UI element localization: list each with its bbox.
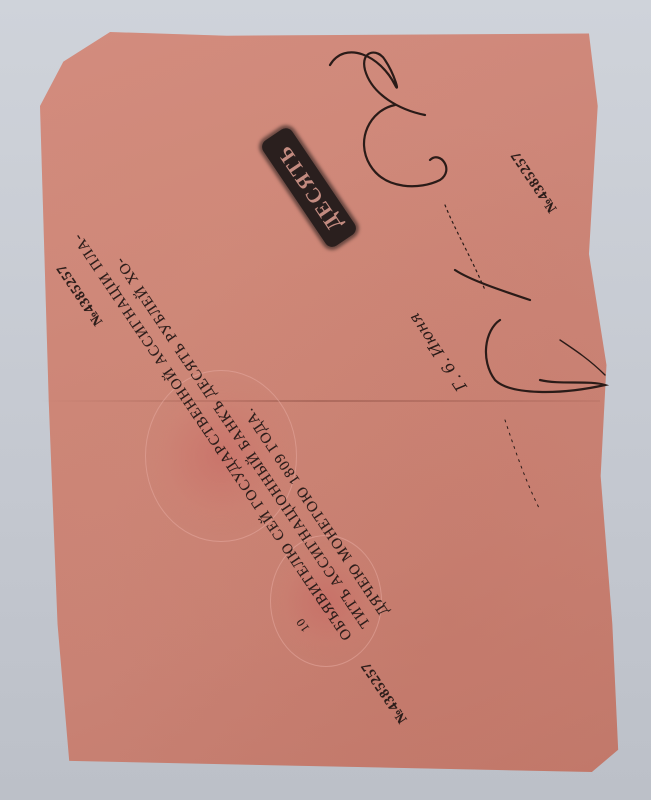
banknote-photo: №4385257 ОБЪЯВИТЕЛЮ СЕЙ ГОСУДАРСТВЕННОЙ … — [0, 0, 651, 800]
handwritten-signatures — [0, 0, 651, 800]
